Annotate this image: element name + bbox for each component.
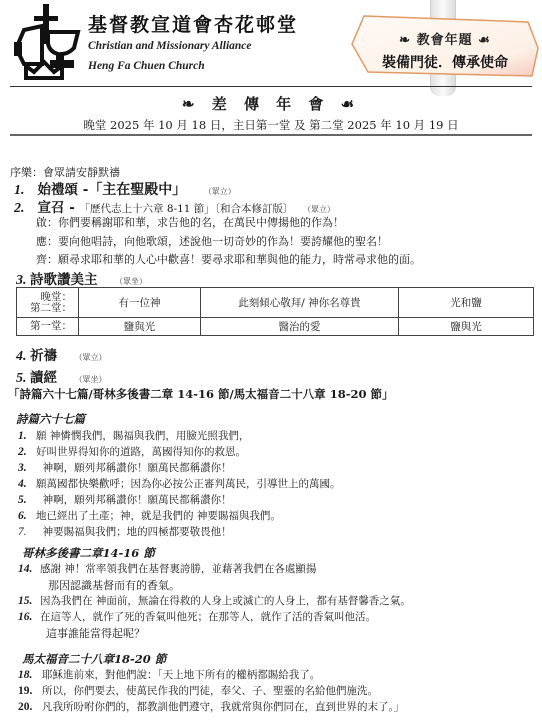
verse: 4.願萬國都快樂歡呼；因為你必按公正審判萬民，引導世上的萬國。	[18, 476, 341, 491]
ornament-right-icon: ☙	[478, 33, 491, 48]
call-to-worship-together: 齊：願尋求耶和華的人心中歡喜！要尋求耶和華與他的能力，時常尋求他的面。	[36, 251, 421, 267]
call-to-worship-leader: 啟：你們要稱謝耶和華，求告他的名，在萬民中傳揚他的作為！	[36, 214, 344, 230]
hymn-cell: 鹽與光	[399, 318, 534, 336]
verse-continuation: 這事誰能當得起呢？	[46, 625, 145, 641]
verse-continuation: 那因認識基督而有的香氣。	[48, 577, 180, 593]
verse: 19.所以，你們要去，使萬民作我的門徒，奉父、子、聖靈的名給他們施洗。	[18, 683, 378, 698]
church-name-english-line2: Heng Fa Chuen Church	[88, 60, 205, 72]
service-label: 晚堂： 第二堂：	[17, 288, 79, 318]
hymn-cell: 光和鹽	[399, 288, 534, 318]
ornament-right-icon: ☙	[341, 95, 360, 113]
church-logo-icon	[12, 4, 84, 80]
table-row: 第一堂： 鹽與光 醫治的愛 鹽與光	[17, 318, 534, 336]
service-title: ❧ 差 傳 年 會 ☙	[0, 93, 542, 114]
verse: 2.好叫世界得知你的道路，萬國得知你的救恩。	[18, 444, 246, 459]
service-label: 第一堂：	[17, 318, 79, 336]
church-name-english-line1: Christian and Missionary Alliance	[88, 40, 252, 52]
order-item-4: 4.祈禱 （眾立）	[16, 344, 107, 365]
ornament-left-icon: ❧	[399, 33, 411, 48]
order-item-5: 5.讀經 （眾坐）	[16, 366, 107, 387]
annual-theme-sign: ❧ 教會年題 ☙ 裝備門徒．傳承使命	[350, 12, 540, 80]
reading-section-heading: 詩篇六十七篇	[16, 411, 85, 427]
verse: 7. 神要賜福與我們；地的四極都要敬畏他！	[18, 524, 232, 539]
verse: 14.感謝 神！常率領我們在基督裏誇勝，並藉著我們在各處顯揚	[18, 561, 316, 576]
hymns-table: 晚堂： 第二堂： 有一位神 此刻傾心敬拜/ 神你名尊貴 光和鹽 第一堂： 鹽與光…	[16, 287, 534, 336]
order-item-3: 3.詩歌讚美主 （眾坐）	[16, 268, 147, 289]
header-divider	[10, 86, 532, 87]
verse: 16.在這等人，就作了死的香氣叫他死；在那等人，就作了活的香氣叫他活。	[18, 609, 376, 624]
verse: 18.耶穌進前來，對他們說：「天上地下所有的權柄都賜給我了。	[18, 667, 320, 682]
call-to-worship-response: 應：要向他唱詩，向他歌頌，述說他一切奇妙的作為！要誇耀他的聖名！	[36, 233, 388, 249]
ornament-left-icon: ❧	[182, 95, 201, 113]
reading-section-heading: 哥林多後書二章14-16 節	[22, 545, 155, 561]
hymn-cell: 鹽與光	[79, 318, 201, 336]
bulletin-header: 基督教宣道會杏花邨堂 Christian and Missionary Alli…	[0, 0, 542, 86]
annual-theme-motto: 裝備門徒．傳承使命	[350, 52, 540, 72]
table-row: 晚堂： 第二堂： 有一位神 此刻傾心敬拜/ 神你名尊貴 光和鹽	[17, 288, 534, 318]
verse: 1.願 神憐憫我們，賜福與我們，用臉光照我們，	[18, 428, 249, 443]
hymn-cell: 醫治的愛	[201, 318, 399, 336]
church-name-chinese: 基督教宣道會杏花邨堂	[88, 10, 298, 37]
verse: 5. 神啊，願列邦稱讚你！願萬民都稱讚你！	[18, 492, 232, 507]
hymn-cell: 有一位神	[79, 288, 201, 318]
hymn-cell: 此刻傾心敬拜/ 神你名尊貴	[201, 288, 399, 318]
reading-section-heading: 馬太福音二十八章18-20 節	[22, 651, 166, 667]
annual-theme-title: ❧ 教會年題 ☙	[350, 29, 540, 48]
verse: 6.地已經出了土產；神，就是我們的 神要賜福與我們。	[18, 508, 281, 523]
reading-passages: 「詩篇六十七篇/哥林多後書二章 14-16 節/馬太福音二十八章 18-20 節…	[8, 386, 393, 402]
verse: 15.因為我們在 神面前，無論在得救的人身上或滅亡的人身上，都有基督馨香之氣。	[18, 593, 411, 608]
title-divider	[10, 134, 532, 136]
verse: 20.凡我所吩咐你們的，都教訓他們遵守，我就常與你們同在，直到世界的末了。」	[18, 699, 404, 714]
verse: 3. 神啊，願列邦稱讚你！願萬民都稱讚你！	[18, 460, 232, 475]
service-dates: 晚堂 2025 年 10 月 18 日，主日第一堂 及 第二堂 2025 年 1…	[0, 117, 542, 133]
